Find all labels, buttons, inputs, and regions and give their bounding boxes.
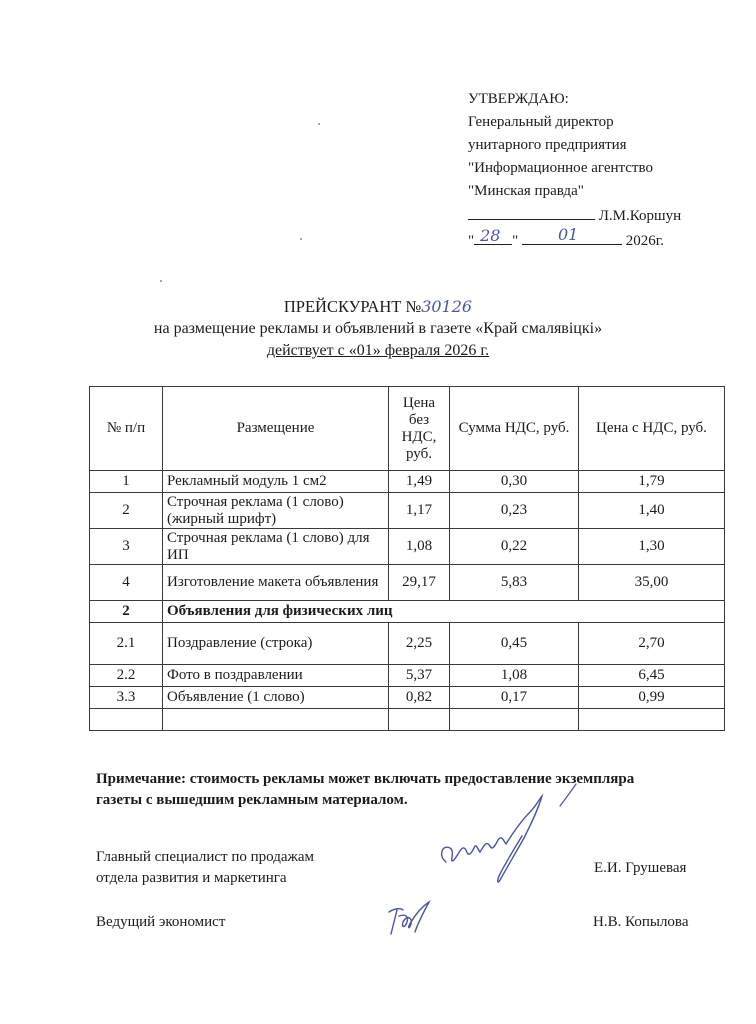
section-title: Объявления для физических лиц [163,601,725,623]
date-day-handwritten: 28 [480,224,500,247]
cell-name: Поздравление (строка) [163,623,389,665]
effective-date: действует с «01» февраля 2026 г. [0,340,756,362]
cell-num: 3.3 [90,687,163,709]
table-row: 2.2 Фото в поздравлении 5,37 1,08 6,45 [90,665,725,687]
date-month-handwritten: 01 [558,223,578,246]
table-row: 4 Изготовление макета объявления 29,17 5… [90,565,725,601]
table-section-row: 2 Объявления для физических лиц [90,601,725,623]
cell-num: 2 [90,493,163,529]
signature-grusheva-icon [430,790,570,890]
header-num: № п/п [90,387,163,471]
cell-price: 0,82 [389,687,450,709]
cell-vat: 0,30 [450,471,579,493]
cell-name: Строчная реклама (1 слово) для ИП [163,529,389,565]
header-name: Размещение [163,387,389,471]
header-price-with-vat: Цена с НДС, руб. [579,387,725,471]
cell-total: 35,00 [579,565,725,601]
cell-price [389,709,450,731]
position-line: отдела развития и маркетинга [96,868,314,889]
title-block: ПРЕЙСКУРАНТ №30126 на размещение рекламы… [0,296,756,362]
scan-speck [160,280,162,282]
table-row: 2 Строчная реклама (1 слово) (жирный шри… [90,493,725,529]
cell-vat: 5,83 [450,565,579,601]
cell-name: Рекламный модуль 1 см2 [163,471,389,493]
header-vat-sum: Сумма НДС, руб. [450,387,579,471]
doc-type: ПРЕЙСКУРАНТ № [284,297,421,316]
table-header-row: № п/п Размещение Цена без НДС, руб. Сумм… [90,387,725,471]
cell-name: Фото в поздравлении [163,665,389,687]
table-row: 3.3 Объявление (1 слово) 0,82 0,17 0,99 [90,687,725,709]
signature-stroke-icon [556,780,580,810]
cell-vat: 0,45 [450,623,579,665]
cell-name [163,709,389,731]
cell-price: 5,37 [389,665,450,687]
cell-num: 1 [90,471,163,493]
cell-total: 2,70 [579,623,725,665]
cell-price: 2,25 [389,623,450,665]
scan-speck [300,238,302,240]
signer-name-1: Е.И. Грушевая [594,858,686,879]
table-row: 1 Рекламный модуль 1 см2 1,49 0,30 1,79 [90,471,725,493]
header-price-no-vat: Цена без НДС, руб. [389,387,450,471]
approval-line: "Минская правда" [468,180,681,203]
approval-block: УТВЕРЖДАЮ: Генеральный директор унитарно… [468,88,681,253]
date-year: 2026г. [626,233,664,249]
section-num: 2 [90,601,163,623]
price-list-subtitle: на размещение рекламы и объявлений в газ… [0,318,756,340]
signer-name-2: Н.В. Копылова [593,912,688,933]
cell-price: 29,17 [389,565,450,601]
cell-num: 2.1 [90,623,163,665]
signature-kopylova-icon [383,898,443,940]
price-list-title: ПРЕЙСКУРАНТ №30126 [0,296,756,318]
scan-speck [318,123,320,125]
approval-date-line: "28" 01 2026г. [468,228,681,253]
date-day-blank: 28 [474,228,512,245]
cell-vat: 1,08 [450,665,579,687]
date-month-blank: 01 [522,228,622,245]
approval-heading: УТВЕРЖДАЮ: [468,88,681,111]
signature-blank [468,203,595,220]
cell-num: 4 [90,565,163,601]
cell-total [579,709,725,731]
cell-total: 6,45 [579,665,725,687]
cell-price: 1,08 [389,529,450,565]
approval-line: Генеральный директор [468,111,681,134]
cell-num [90,709,163,731]
price-list-number-handwritten: 30126 [421,297,472,316]
approval-line: "Информационное агентство [468,157,681,180]
cell-num: 3 [90,529,163,565]
quote-mark: " [512,233,518,249]
cell-num: 2.2 [90,665,163,687]
price-table: № п/п Размещение Цена без НДС, руб. Сумм… [89,386,725,731]
cell-name: Изготовление макета объявления [163,565,389,601]
cell-vat [450,709,579,731]
cell-vat: 0,23 [450,493,579,529]
table-empty-row [90,709,725,731]
cell-total: 0,99 [579,687,725,709]
approval-line: унитарного предприятия [468,134,681,157]
position-line: Главный специалист по продажам [96,847,314,868]
cell-vat: 0,22 [450,529,579,565]
cell-name: Объявление (1 слово) [163,687,389,709]
cell-total: 1,79 [579,471,725,493]
table-row: 2.1 Поздравление (строка) 2,25 0,45 2,70 [90,623,725,665]
cell-price: 1,49 [389,471,450,493]
cell-name: Строчная реклама (1 слово) (жирный шрифт… [163,493,389,529]
signature-position-2: Ведущий экономист [96,912,225,933]
approval-signer: Л.М.Коршун [599,208,681,224]
cell-vat: 0,17 [450,687,579,709]
cell-price: 1,17 [389,493,450,529]
cell-total: 1,30 [579,529,725,565]
table-row: 3 Строчная реклама (1 слово) для ИП 1,08… [90,529,725,565]
signature-position-1: Главный специалист по продажам отдела ра… [96,847,314,889]
cell-total: 1,40 [579,493,725,529]
